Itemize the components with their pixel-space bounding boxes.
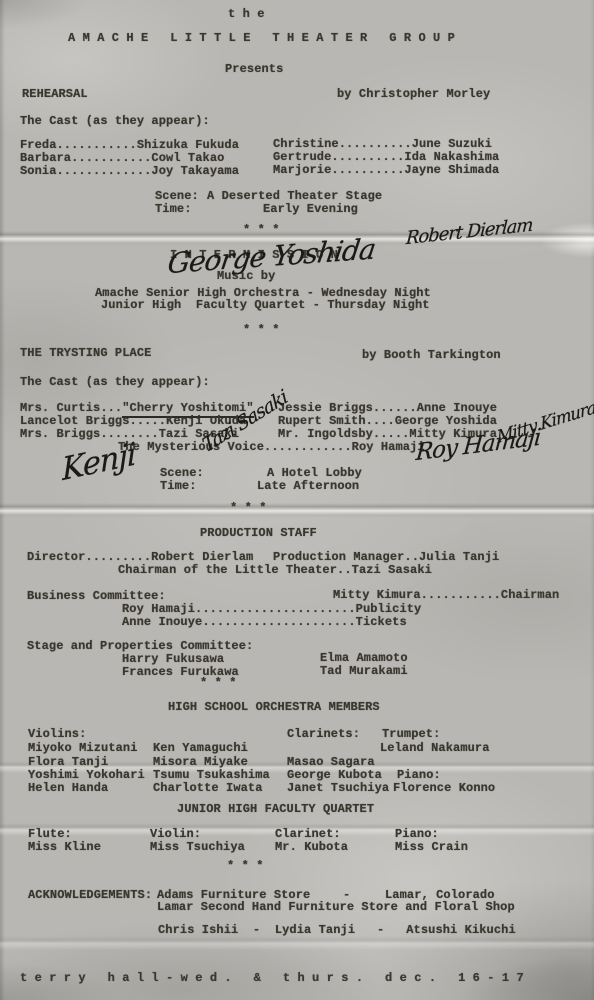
paper-crease bbox=[0, 503, 594, 518]
quartet-name: Miss Kline bbox=[28, 841, 101, 854]
stars-separator: * * * bbox=[227, 860, 264, 873]
quartet-title: JUNIOR HIGH FACULTY QUARTET bbox=[177, 803, 374, 816]
acknowledgements-line3: Chris Ishii - Lydia Tanji - Atsushi Kiku… bbox=[158, 924, 516, 937]
quartet-name: Miss Crain bbox=[395, 841, 468, 854]
orchestra-cell: Trumpet: bbox=[382, 728, 440, 741]
trysting-author: by Booth Tarkington bbox=[362, 349, 501, 362]
stars-separator: * * * bbox=[200, 677, 237, 690]
cast-entry: Marjorie..........Jayne Shimada bbox=[273, 164, 499, 177]
intermission-quartet-line: Junior High Faculty Quartet - Thursday N… bbox=[101, 299, 430, 312]
time-label: Time: bbox=[160, 480, 197, 493]
time-value: Early Evening bbox=[263, 203, 358, 216]
orchestra-cell: Janet Tsuchiya bbox=[287, 782, 389, 795]
orchestra-title: HIGH SCHOOL ORCHESTRA MEMBERS bbox=[168, 701, 380, 714]
orchestra-cell: Violins: bbox=[28, 728, 86, 741]
trysting-cast-heading: The Cast (as they appear): bbox=[20, 376, 210, 389]
rehearsal-author: by Christopher Morley bbox=[337, 88, 490, 101]
orchestra-cell: Ken Yamaguchi bbox=[153, 742, 248, 755]
cast-entry-voice: The Mysterious Voice............Roy Hama… bbox=[118, 441, 425, 454]
robert-dierlam-signature: Robert Dierlam bbox=[405, 215, 533, 250]
time-value: Late Afternoon bbox=[257, 480, 359, 493]
orchestra-cell: Clarinets: bbox=[287, 728, 360, 741]
header-the: t h e bbox=[228, 8, 265, 21]
orchestra-cell: Leland Nakamura bbox=[380, 742, 490, 755]
orchestra-cell: Charlotte Iwata bbox=[153, 782, 263, 795]
acknowledgements-line2: Lamar Second Hand Furniture Store and Fl… bbox=[157, 901, 515, 914]
program-page: t h e A M A C H E L I T T L E T H E A T … bbox=[0, 0, 594, 1000]
staff-chairman: Chairman of the Little Theater..Tazi Sas… bbox=[118, 564, 432, 577]
business-chairman: Mitty Kimura...........Chairman bbox=[333, 589, 559, 602]
orchestra-cell: Miyoko Mizutani bbox=[28, 742, 138, 755]
mitty-kimura-signature: Mitty Kimura bbox=[496, 398, 594, 448]
stars-separator: * * * bbox=[243, 224, 280, 237]
curtis-prefix: Mrs. Curtis... bbox=[20, 401, 122, 415]
orchestra-cell: Florence Konno bbox=[393, 782, 495, 795]
business-tickets: Anne Inouye.....................Tickets bbox=[122, 616, 407, 629]
orchestra-cell: Helen Handa bbox=[28, 782, 108, 795]
kenji-signature: Kenji bbox=[61, 436, 136, 488]
quartet-name: Mr. Kubota bbox=[275, 841, 348, 854]
header-presents: Presents bbox=[225, 63, 283, 76]
stars-separator: * * * bbox=[243, 324, 280, 337]
paper-crease bbox=[0, 936, 594, 950]
header-group-name: A M A C H E L I T T L E T H E A T E R G … bbox=[68, 32, 455, 45]
rehearsal-cast-heading: The Cast (as they appear): bbox=[20, 115, 210, 128]
quartet-name: Miss Tsuchiya bbox=[150, 841, 245, 854]
production-title: PRODUCTION STAFF bbox=[200, 527, 317, 540]
acknowledgements-label: ACKNOWLEDGEMENTS: bbox=[28, 889, 152, 902]
stars-separator: * * * bbox=[230, 502, 267, 515]
trysting-title: THE TRYSTING PLACE bbox=[20, 347, 151, 360]
time-label: Time: bbox=[155, 203, 192, 216]
stage-committee-member: Tad Murakami bbox=[320, 665, 408, 678]
venue-dates-footer: t e r r y h a l l - w e d . & t h u r s … bbox=[20, 972, 524, 985]
cast-entry: Sonia.............Joy Takayama bbox=[20, 165, 239, 178]
rehearsal-title: REHEARSAL bbox=[22, 88, 88, 101]
